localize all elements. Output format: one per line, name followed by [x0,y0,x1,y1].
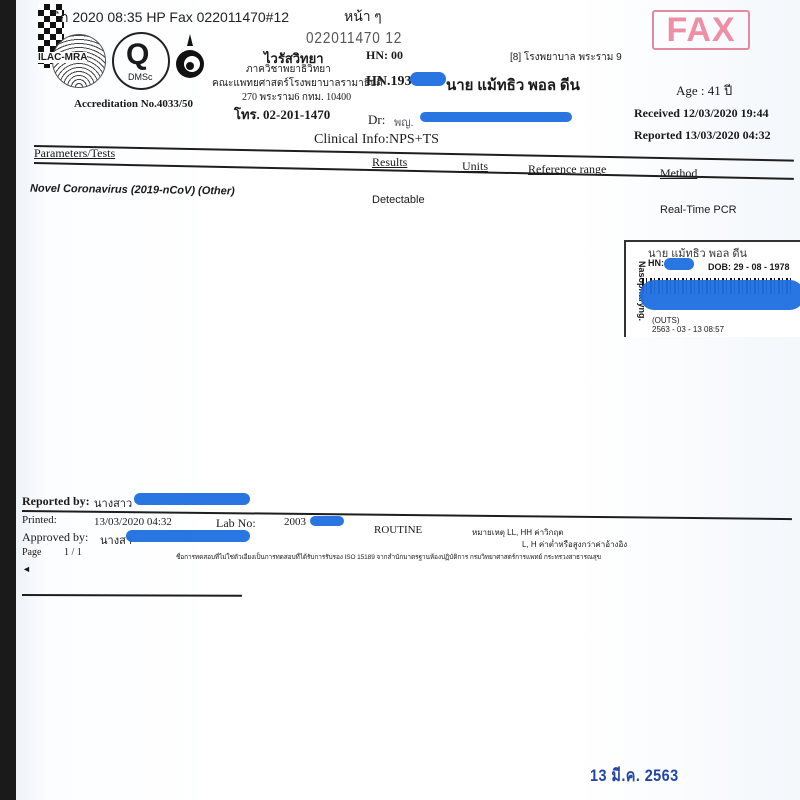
column-header-test: Parameters/Tests [34,146,115,161]
ramathibodi-emblem-icon [174,34,206,82]
lab-no-value: 2003 [284,516,306,528]
page-label: Page [22,547,41,558]
redaction-mark [640,280,800,310]
printed-label: Printed: [22,514,57,526]
patient-age: Age : 41 ปี [676,80,732,101]
accreditation-number: Accreditation No.4033/50 [74,98,193,110]
lab-faculty: คณะแพทยศาสตร์โรงพยาบาลรามาธิบดี [212,76,383,91]
patient-name: นาย แม้ทธิว พอล ดีน [446,73,580,97]
redaction-mark [410,72,446,86]
legend-range: L, H ค่าต่ำหรือสูงกว่าค่าอ้างอิง [522,538,627,551]
ilac-mra-text: ILAC-MRA [38,52,87,63]
test-method: Real-Time PCR [660,204,737,216]
date-received-stamp: 13 มี.ค. 2563 [590,762,679,789]
redaction-mark [420,112,572,122]
hn-number: HN.193 [366,74,412,90]
iso-note: ชื่อการทดสอบที่ไม่ใช่ตัวเอียงเป็นการทดสอ… [176,552,601,562]
specimen-hn: HN: [648,258,664,268]
hn-short: HN: 00 [366,48,403,63]
doctor-label: Dr: [368,112,385,128]
page-arrow-icon: ◄ [22,564,31,574]
approved-by-label: Approved by: [22,530,88,545]
column-header-results: Results [372,155,407,170]
printed-value: 13/03/2020 04:32 [94,516,172,528]
fax-header-line: ิก 2020 08:35 HP Fax 022011470#12 [60,7,289,29]
priority: ROUTINE [374,524,422,536]
fax-number-stamp: 022011470 12 [306,30,402,48]
ward: [8] โรงพยาบาล พระราม 9 [510,50,622,65]
redaction-mark [126,530,250,542]
doctor-prefix: พญ. [394,113,413,131]
footer-bottom-rule [22,594,242,596]
column-header-method: Method [660,166,697,181]
redaction-mark [664,258,694,270]
specimen-collected: 2563 - 03 - 13 08:57 [652,325,724,334]
redaction-mark [134,493,250,505]
fax-page-label: หน้า ๆ [344,6,382,28]
lab-address: 270 พระราม6 กทม. 10400 [242,90,351,105]
redaction-mark [310,516,344,526]
fax-document-page: ิก 2020 08:35 HP Fax 022011470#12 หน้า ๆ… [16,0,800,800]
fax-stamp: FAX [652,10,750,50]
specimen-dob: DOB: 29 - 08 - 1978 [708,262,790,272]
lab-no-label: Lab No: [216,516,256,531]
clinical-info: Clinical Info:NPS+TS [314,132,439,148]
dmsc-q-letter: Q [126,38,149,72]
dmsc-text: DMSc [128,72,153,82]
reported-by-value: นางสาว [94,494,132,512]
reported-datetime: Reported 13/03/2020 04:32 [634,128,771,143]
lab-department: ภาควิชาพยาธิวิทยา [246,62,331,77]
received-datetime: Received 12/03/2020 19:44 [634,106,769,121]
test-result: Detectable [372,194,425,206]
test-name: Novel Coronavirus (2019-nCoV) (Other) [30,183,235,198]
page-value: 1 / 1 [64,547,82,558]
specimen-location: (OUTS) [652,316,680,325]
reported-by-label: Reported by: [22,494,90,509]
lab-phone: โทร. 02-201-1470 [234,104,330,125]
